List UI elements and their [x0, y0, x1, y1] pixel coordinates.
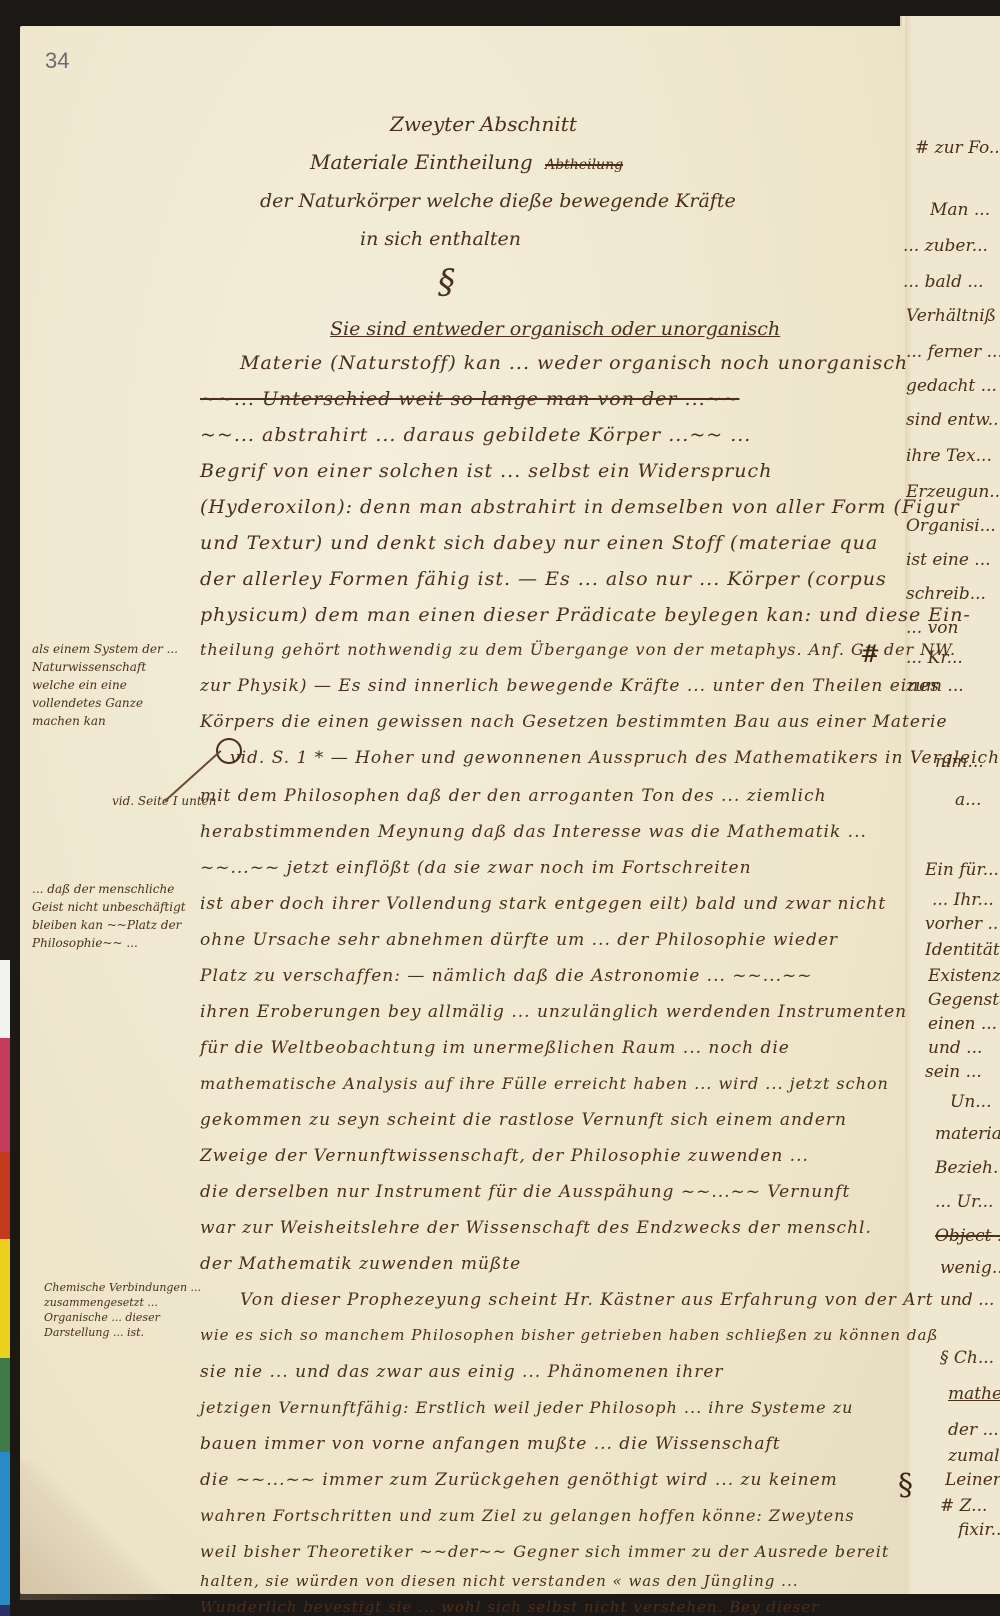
facing-line: fixir... [958, 1520, 1000, 1540]
facing-line: # zur Fo... [915, 138, 1000, 158]
body-line: mit dem Philosophen daß der den arrogant… [200, 786, 827, 806]
body-line: bauen immer von vorne anfangen mußte ...… [200, 1434, 781, 1454]
facing-line: ... Kr... [906, 648, 1000, 668]
swatch-red [0, 1152, 10, 1239]
facing-line: der ... [948, 1420, 1000, 1440]
body-line: und Textur) und denkt sich dabey nur ein… [200, 532, 878, 554]
facing-line: zum ... [906, 676, 1000, 696]
body-line: gekommen zu seyn scheint die rastlose Ve… [200, 1110, 847, 1130]
body-line: sie nie ... und das zwar aus einig ... P… [200, 1362, 724, 1382]
facing-line: Verhältniß ... [906, 306, 1000, 326]
body-line: ohne Ursache sehr abnehmen dürfte um ...… [200, 930, 838, 950]
body-line: theilung gehört nothwendig zu dem Überga… [200, 640, 956, 659]
swatch-blue [0, 1452, 10, 1605]
body-line: Zweige der Vernunftwissenschaft, der Phi… [200, 1146, 809, 1166]
subheading: Sie sind entweder organisch oder unorgan… [330, 318, 780, 340]
body-line: Wunderlich bevestigt sie ... wohl sich s… [200, 1598, 819, 1616]
facing-line: Bezieh... [935, 1158, 1000, 1178]
body-line: die ~~...~~ immer zum Zurückgehen genöth… [200, 1470, 838, 1490]
facing-line: einen ... [928, 1014, 1000, 1034]
body-line: Von dieser Prophezeyung scheint Hr. Käst… [240, 1290, 934, 1310]
facing-line: # Z... [940, 1496, 1000, 1516]
facing-line: mathe... [948, 1384, 1000, 1404]
body-line: Materie (Naturstoff) kan ... weder organ… [240, 352, 908, 374]
manuscript-page [20, 26, 905, 1594]
body-line: zur Physik) — Es sind innerlich bewegend… [200, 676, 940, 696]
body-line: vid. S. 1 * — Hoher und gewonnenen Aussp… [230, 748, 1000, 768]
facing-line: und ... [928, 1038, 1000, 1058]
body-line: ~~...~~ jetzt einflößt (da sie zwar noch… [200, 858, 752, 878]
facing-line: wenig... [940, 1258, 1000, 1278]
facing-line: Gegenstä... [928, 990, 1000, 1010]
color-calibration-bar [0, 960, 10, 1616]
facing-line: materia... [935, 1124, 1000, 1144]
facing-line: ... Ihr... [932, 890, 1000, 910]
body-line: (Hyderoxilon): denn man abstrahirt in de… [200, 496, 960, 518]
facing-line: Organisi... [906, 516, 1000, 536]
body-line: Platz zu verschaffen: — nämlich daß die … [200, 966, 812, 986]
facing-line: zumal... [948, 1446, 1000, 1466]
body-line: der allerley Formen fähig ist. — Es ... … [200, 568, 887, 590]
facing-line: ... Ur... [935, 1192, 1000, 1212]
section-sign-marker: § [898, 1468, 913, 1503]
body-line: ihren Eroberungen bey allmälig ... unzul… [200, 1002, 907, 1022]
body-line: wie es sich so manchem Philosophen bishe… [200, 1326, 938, 1344]
facing-line: nim... [935, 752, 1000, 772]
page-number: 34 [45, 48, 69, 74]
body-line: war zur Weisheitslehre der Wissenschaft … [200, 1218, 872, 1238]
facing-line: a... [955, 790, 1000, 810]
body-line: der Mathematik zuwenden müßte [200, 1254, 521, 1274]
body-line: physicum) dem man einen dieser Prädicate… [200, 604, 971, 626]
body-line: Begrif von einer solchen ist ... selbst … [200, 460, 772, 482]
swatch-green [0, 1358, 10, 1452]
facing-line: sein ... [925, 1062, 1000, 1082]
facing-line: ... zuber... [903, 236, 1000, 256]
facing-line: vorher ... [925, 914, 1000, 934]
swatch-magenta [0, 1038, 10, 1152]
body-line: jetzigen Vernunftfähig: Erstlich weil je… [200, 1398, 853, 1417]
facing-line: sind entw... [906, 410, 1000, 430]
facing-line: Ein für... [925, 860, 1000, 880]
body-line: für die Weltbeobachtung im unermeßlichen… [200, 1038, 790, 1058]
body-line: herabstimmenden Meynung daß das Interess… [200, 822, 867, 842]
body-line: ~~... Unterschied weit so lange man von … [200, 388, 740, 410]
swatch-white [0, 960, 10, 1038]
facing-line: und ... [940, 1290, 1000, 1310]
heading-line-4: in sich enthalten [360, 228, 521, 250]
facing-line: Erzeugun... [906, 482, 1000, 502]
facing-line: § Ch... [940, 1348, 1000, 1368]
heading-line-3: der Naturkörper welche dieße bewegende K… [260, 190, 736, 212]
facing-line: Identität... [925, 940, 1000, 960]
facing-line: Existenz... [928, 966, 1000, 986]
body-line: die derselben nur Instrument für die Aus… [200, 1182, 850, 1202]
facing-line: ... ferner ... [906, 342, 1000, 362]
facing-line: Object ... [935, 1226, 1000, 1246]
swatch-navy [0, 1605, 10, 1616]
facing-line: Leiner... [945, 1470, 1000, 1490]
body-line: ~~... abstrahirt ... daraus gebildete Kö… [200, 424, 751, 446]
body-line: mathematische Analysis auf ihre Fülle er… [200, 1074, 889, 1093]
facing-line: gedacht ... [906, 376, 1000, 396]
body-line: weil bisher Theoretiker ~~der~~ Gegner s… [200, 1542, 889, 1561]
facing-line: Un... [950, 1092, 1000, 1112]
section-sign: § [438, 262, 455, 302]
facing-line: ist eine ... [906, 550, 1000, 570]
body-line: halten, sie würden von diesen nicht vers… [200, 1572, 798, 1590]
margin-note: ... daß der menschliche Geist nicht unbe… [32, 880, 192, 952]
heading-word: Materiale Eintheilung [310, 150, 533, 174]
facing-line: ... von [906, 618, 1000, 638]
body-line: wahren Fortschritten und zum Ziel zu gel… [200, 1506, 855, 1525]
margin-note: als einem System der ... Naturwissenscha… [32, 640, 182, 730]
facing-line: ihre Tex... [906, 446, 1000, 466]
heading-line-2: Materiale Eintheilung Abtheilung [310, 150, 623, 174]
body-line: Körpers die einen gewissen nach Gesetzen… [200, 712, 948, 732]
facing-line: Man ... [930, 200, 1000, 220]
body-line: ist aber doch ihrer Vollendung stark ent… [200, 894, 886, 914]
struck-word: Abtheilung [545, 157, 623, 173]
swatch-yellow [0, 1239, 10, 1358]
corner-stain [20, 1460, 170, 1600]
facing-line: schreib... [906, 584, 1000, 604]
margin-note: Chemische Verbindungen ... zusammengeset… [44, 1280, 219, 1340]
heading-line-1: Zweyter Abschnitt [390, 112, 577, 136]
facing-line: ... bald ... [903, 272, 1000, 292]
hash-marker: # [860, 640, 880, 668]
